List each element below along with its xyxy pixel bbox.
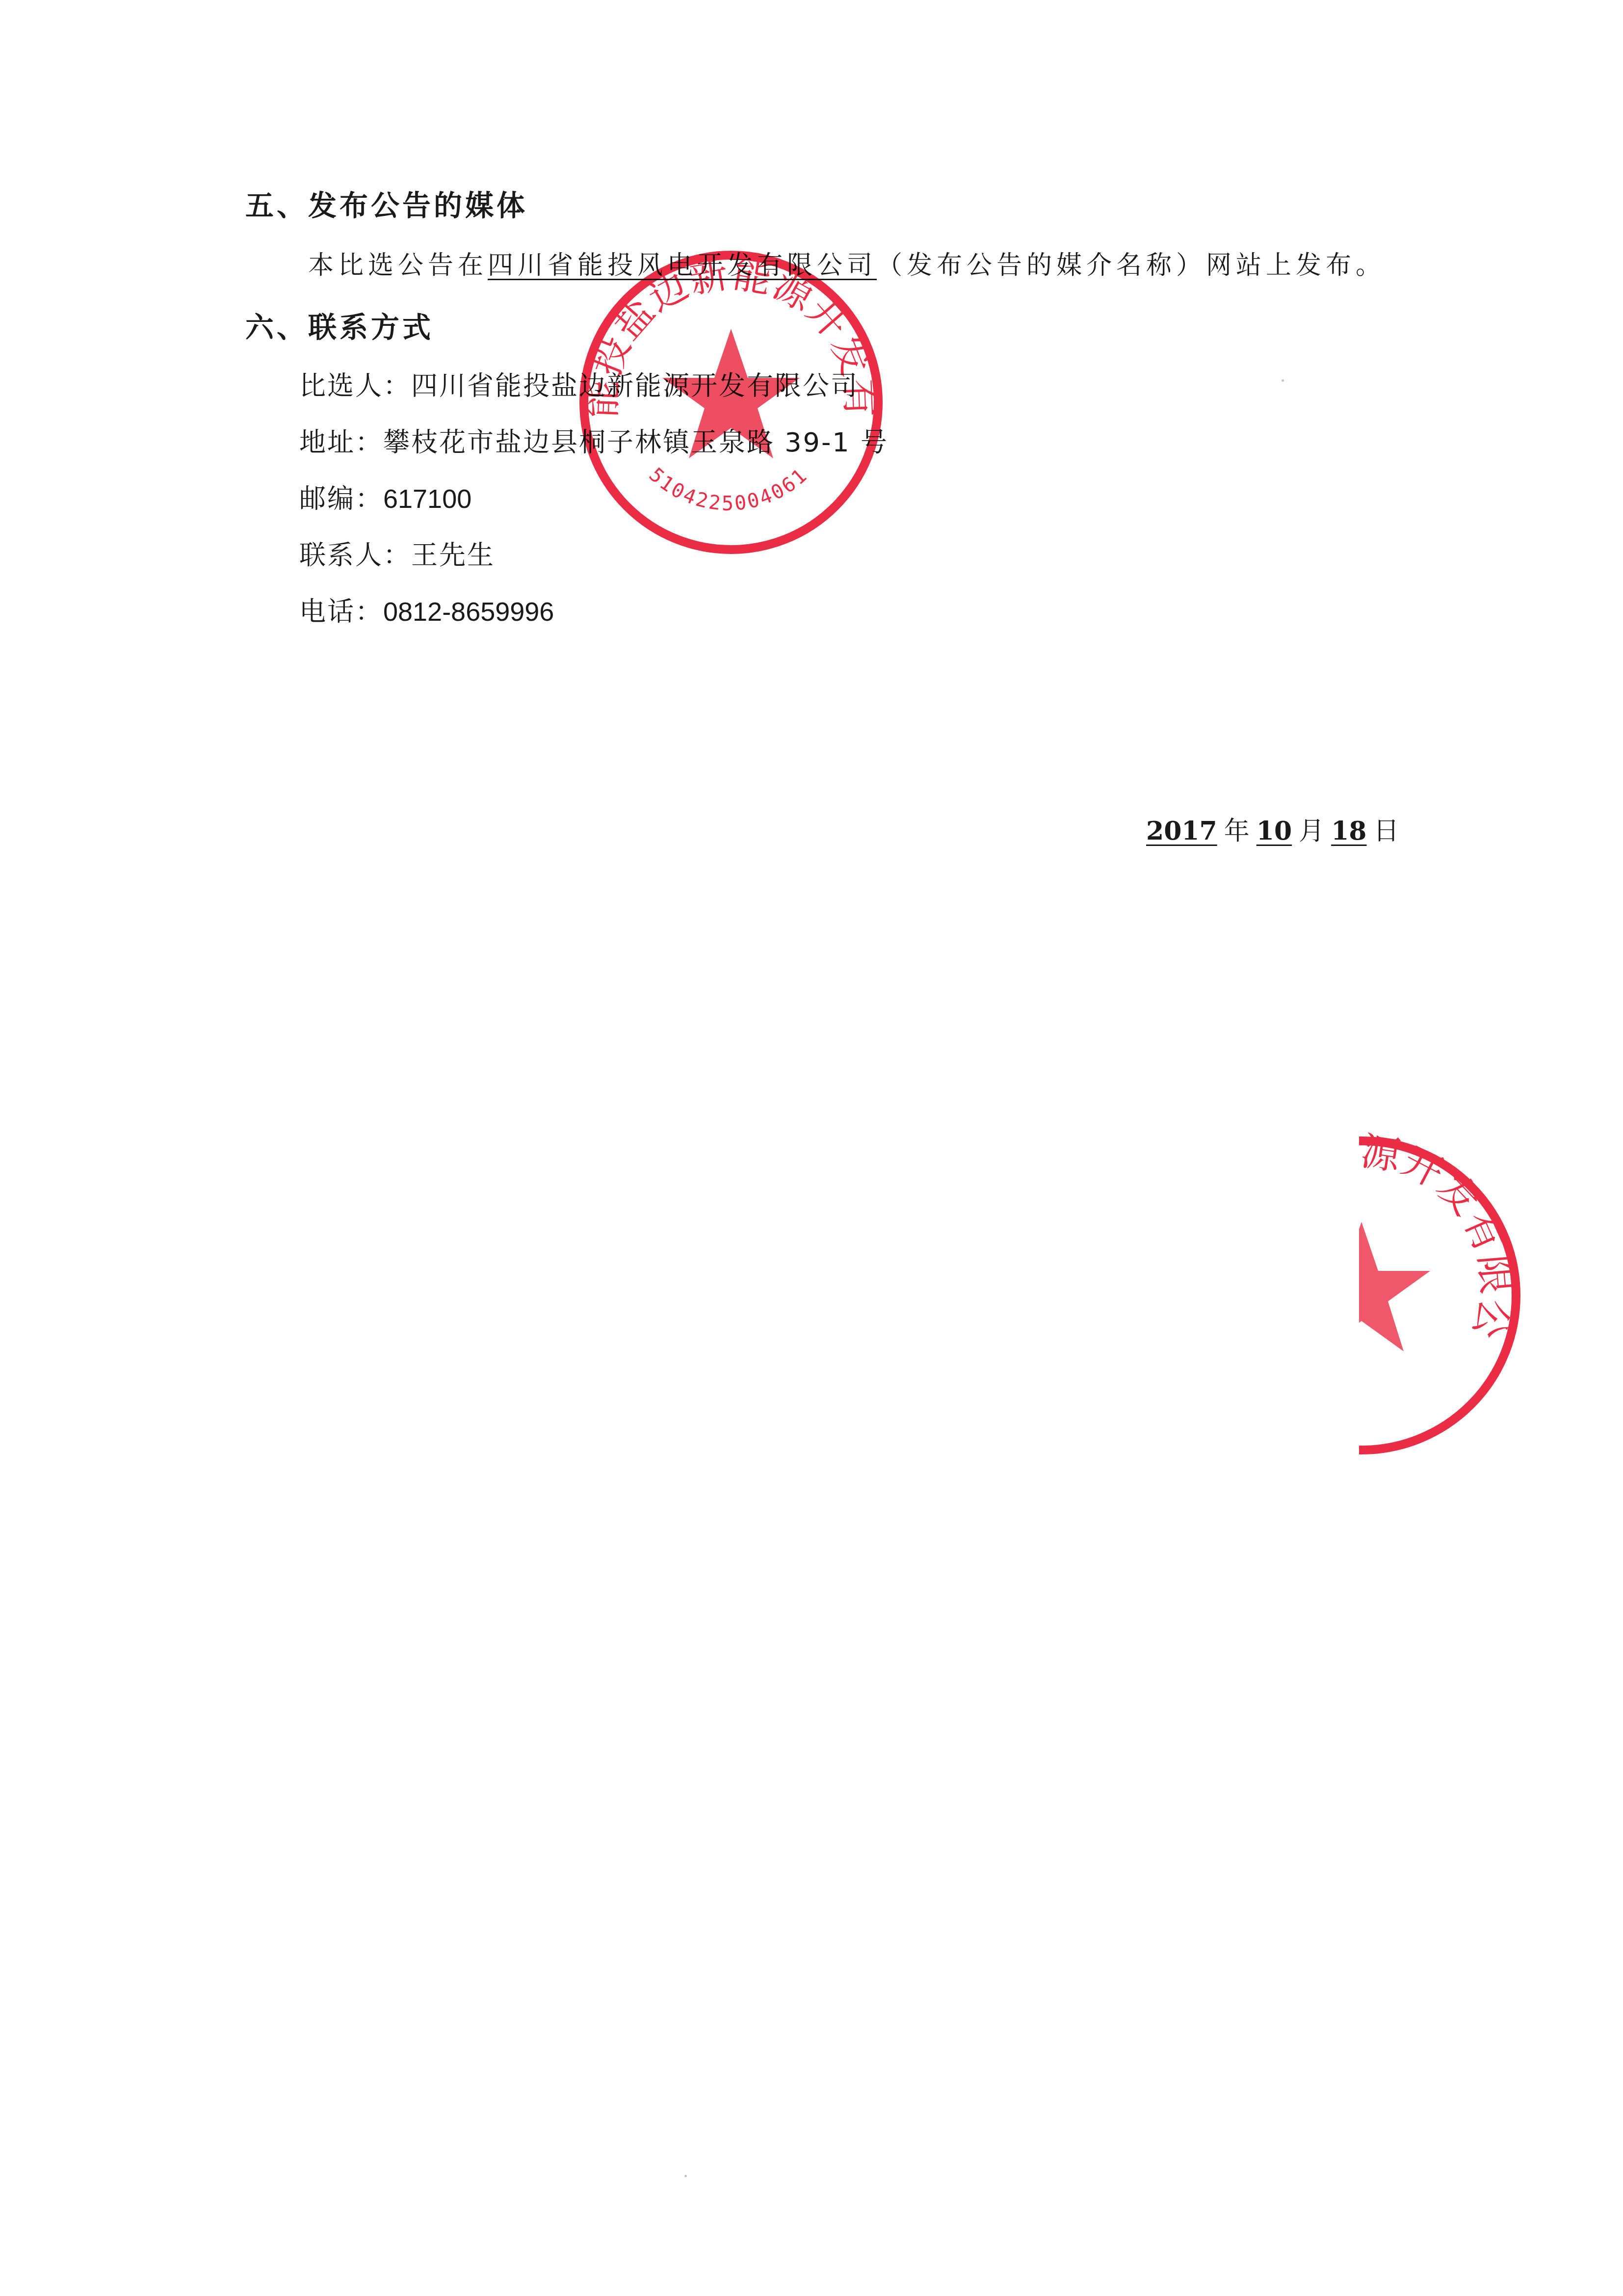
- contact-value: 0812-8659996: [383, 597, 554, 627]
- scan-speck: [684, 2175, 687, 2177]
- partial-seal-clip: 新能源开发有限公司: [1359, 1124, 1526, 1467]
- date-month-unit: 月: [1295, 817, 1328, 846]
- contact-value: 617100: [383, 484, 471, 514]
- section-5-body: 本比选公告在四川省能投风电开发有限公司（发布公告的媒介名称）网站上发布。: [308, 253, 1386, 278]
- partial-seal-icon: 新能源开发有限公司: [1359, 1124, 1526, 1467]
- svg-text:新能源开发有限公司: 新能源开发有限公司: [1359, 1124, 1519, 1345]
- contact-person: 联系人：王先生: [299, 542, 495, 569]
- contact-phone: 电话：0812-8659996: [299, 599, 554, 625]
- contact-bidder: 比选人：四川省能投盐边新能源开发有限公司: [299, 373, 859, 399]
- contact-label: 地址：: [299, 427, 383, 458]
- section-6-heading: 六、联系方式: [245, 313, 434, 342]
- contact-value: 王先生: [411, 540, 495, 571]
- svg-text:5104225004061: 5104225004061: [645, 463, 812, 515]
- scan-speck: [1282, 379, 1284, 382]
- date-year-unit: 年: [1220, 817, 1254, 846]
- contact-label: 比选人：: [299, 370, 411, 401]
- body-prefix: 本比选公告在: [308, 251, 488, 280]
- contact-label: 电话：: [299, 596, 383, 627]
- contact-label: 联系人：: [299, 540, 411, 571]
- date-month: 10: [1254, 816, 1295, 846]
- contact-value: 四川省能投盐边新能源开发有限公司: [411, 370, 859, 401]
- contact-label: 邮编：: [299, 483, 383, 514]
- date-day-unit: 日: [1370, 817, 1403, 846]
- contact-value: 攀枝花市盐边县桐子林镇玉泉路 39-1 号: [383, 427, 889, 458]
- section-5-heading: 五、发布公告的媒体: [245, 191, 528, 220]
- contact-address: 地址：攀枝花市盐边县桐子林镇玉泉路 39-1 号: [299, 429, 889, 456]
- date-year: 2017: [1143, 816, 1220, 846]
- body-suffix: （发布公告的媒介名称）网站上发布。: [877, 251, 1386, 280]
- date-day: 18: [1328, 816, 1369, 846]
- media-name: 四川省能投风电开发有限公司: [488, 251, 877, 280]
- signature-date: 2017年10月18日: [1143, 818, 1403, 844]
- contact-postcode: 邮编：617100: [299, 486, 471, 512]
- company-seal-icon: 四川省能投盐边新能源开发有限公司 5104225004061: [574, 245, 888, 559]
